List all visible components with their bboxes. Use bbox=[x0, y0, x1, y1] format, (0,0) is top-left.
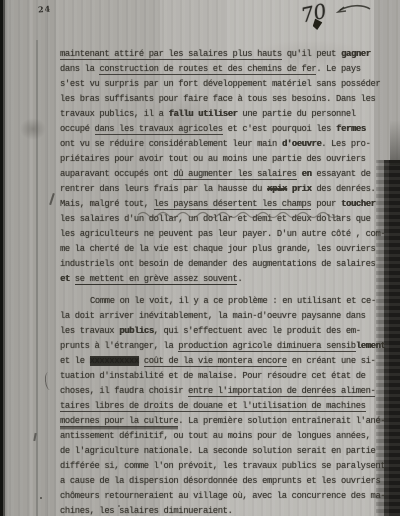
text-line: tuation d'instabilité et de malaise. Pou… bbox=[60, 369, 394, 384]
text-line: dans la construction de routes et des ch… bbox=[60, 62, 394, 77]
text-run: . Le pays bbox=[316, 64, 360, 74]
text-run: prunts à l'étranger, la bbox=[60, 341, 178, 351]
text-run: de l'agriculture nationale. La seconde s… bbox=[60, 446, 375, 456]
text-run: qu'il peut bbox=[282, 49, 341, 59]
text-run: les travaux bbox=[60, 326, 119, 336]
text-run: la doit arriver inévitablement, la main-… bbox=[60, 311, 366, 321]
paper-crease bbox=[47, 0, 48, 516]
text-run: taires libres de droits de douane et l'u… bbox=[60, 401, 366, 412]
text-run: les paysans désertent les champs bbox=[154, 199, 312, 210]
text-run: prix bbox=[292, 184, 312, 194]
text-line: s'est vu surpris par un fort développeme… bbox=[60, 77, 394, 92]
text-line: chômeurs retourneraient au village où, a… bbox=[60, 489, 394, 504]
text-run: industriels ont besoin de demander des a… bbox=[60, 259, 375, 269]
text-run: priétaires pour avoir tout ou au moins u… bbox=[60, 154, 366, 164]
text-run: coût de la vie montera encore bbox=[144, 356, 287, 367]
corner-annotation: 24 bbox=[38, 4, 52, 15]
text-run: Comme on le voit, il y a ce problème : e… bbox=[90, 296, 376, 306]
text-run: fermes bbox=[336, 124, 366, 134]
text-run: gagner bbox=[341, 49, 371, 59]
pencil-wavy-underline bbox=[138, 210, 338, 219]
text-line: les travaux publics, qui s'effectuent av… bbox=[60, 324, 394, 339]
paragraph: maintenant attiré par les salaires plus … bbox=[60, 47, 394, 287]
paper-stain bbox=[20, 118, 46, 140]
typewritten-text: maintenant attiré par les salaires plus … bbox=[60, 47, 394, 516]
text-run: dans la bbox=[60, 64, 99, 74]
text-line: et le xxxxxxxxxx coût de la vie montera … bbox=[60, 354, 394, 369]
text-line: de l'agriculture nationale. La seconde s… bbox=[60, 444, 394, 459]
text-line: et se mettent en grève assez souvent. bbox=[60, 272, 394, 287]
text-run: publics bbox=[119, 326, 154, 336]
text-run: pour bbox=[311, 199, 341, 209]
text-run: . bbox=[237, 274, 242, 284]
text-run: toucher bbox=[341, 199, 376, 209]
text-run: et le bbox=[60, 356, 90, 366]
text-run: antissement définitif, ou tout au moins … bbox=[60, 431, 371, 441]
text-run: me la cherté de la vie est chaque jour p… bbox=[60, 244, 375, 254]
text-run: se mettent en grève assez souvent bbox=[75, 274, 238, 285]
pencil-mark bbox=[40, 497, 42, 499]
text-run: entre l'importation de denrées alimen- bbox=[188, 386, 375, 397]
text-run: une partie du personnel bbox=[237, 109, 355, 119]
scanned-document-page: 24 70 maintenant attiré par les salaires… bbox=[0, 0, 400, 516]
text-run: dû augmenter les salaires bbox=[173, 169, 296, 180]
text-run: xpix bbox=[267, 184, 287, 194]
text-run: travaux publics, il a bbox=[60, 109, 168, 119]
text-line: différée si, comme l'on prévoit, les tra… bbox=[60, 459, 394, 474]
scan-edge-left bbox=[0, 0, 8, 516]
text-run: . Les pro- bbox=[321, 139, 370, 149]
text-run: choses, il faudra choisir bbox=[60, 386, 188, 396]
text-line: taires libres de droits de douane et l'u… bbox=[60, 399, 394, 414]
text-line: travaux publics, il a fallu utiliser une… bbox=[60, 107, 394, 122]
text-run: ont vu se réduire considérablement leur … bbox=[60, 139, 282, 149]
text-run: les agriculteurs ne peuvent pas leur pay… bbox=[60, 229, 385, 239]
text-run: rentrer dans leurs frais par la hausse d… bbox=[60, 184, 267, 194]
text-line: occupé dans les travaux agricoles et c'e… bbox=[60, 122, 394, 137]
text-run: modernes pour la culture bbox=[60, 416, 178, 427]
text-line: rentrer dans leurs frais par la hausse d… bbox=[60, 182, 394, 197]
text-run: en bbox=[302, 169, 312, 179]
text-line: antissement définitif, ou tout au moins … bbox=[60, 429, 394, 444]
text-run: construction de routes et des chemins de… bbox=[99, 64, 316, 75]
text-run: s'est vu surpris par un fort développeme… bbox=[60, 79, 380, 89]
text-line: ont vu se réduire considérablement leur … bbox=[60, 137, 394, 152]
paragraph: Comme on le voit, il y a ce problème : e… bbox=[60, 294, 394, 516]
text-run: occupé bbox=[60, 124, 95, 134]
paper-crease bbox=[36, 40, 38, 516]
pencil-mark bbox=[49, 193, 54, 205]
text-run: a cause de la dispersion désordonnée des… bbox=[60, 476, 380, 486]
text-run: essayant de bbox=[311, 169, 370, 179]
text-run: fallu utiliser bbox=[168, 109, 237, 119]
text-line: choses, il faudra choisir entre l'import… bbox=[60, 384, 394, 399]
text-line: les agriculteurs ne peuvent pas leur pay… bbox=[60, 227, 394, 242]
text-run: , qui s'effectuent avec le produit des e… bbox=[154, 326, 361, 336]
text-run: maintenant attiré par les salaires plus … bbox=[60, 49, 282, 60]
text-run: et bbox=[60, 274, 75, 284]
text-run: et c'est pourquoi les bbox=[223, 124, 336, 134]
text-run: production agricole diminuera sensib bbox=[178, 341, 355, 352]
pen-flourish-mark bbox=[330, 1, 372, 21]
text-line: a cause de la dispersion désordonnée des… bbox=[60, 474, 394, 489]
text-line: priétaires pour avoir tout ou au moins u… bbox=[60, 152, 394, 167]
text-run: différée si, comme l'on prévoit, les tra… bbox=[60, 461, 385, 471]
text-run: Mais, malgré tout, bbox=[60, 199, 154, 209]
text-run: . La première solution entraînerait l'an… bbox=[178, 416, 385, 426]
text-line: Comme on le voit, il y a ce problème : e… bbox=[60, 294, 394, 309]
pencil-mark bbox=[44, 372, 53, 391]
text-run: lement bbox=[356, 341, 386, 351]
text-line: auparavant occupés ont dû augmenter les … bbox=[60, 167, 394, 182]
text-line: me la cherté de la vie est chaque jour p… bbox=[60, 242, 394, 257]
text-run: auparavant occupés ont bbox=[60, 169, 173, 179]
text-line: les bras suffisants pour faire face à to… bbox=[60, 92, 394, 107]
text-line: chines, les salaires diminueraient. bbox=[60, 504, 394, 516]
text-run: les bras suffisants pour faire face à to… bbox=[60, 94, 375, 104]
text-line: la doit arriver inévitablement, la main-… bbox=[60, 309, 394, 324]
text-run: chômeurs retourneraient au village où, a… bbox=[60, 491, 385, 501]
text-line: prunts à l'étranger, la production agric… bbox=[60, 339, 394, 354]
text-run: des denrées. bbox=[311, 184, 375, 194]
text-run: tuation d'instabilité et de malaise. Pou… bbox=[60, 371, 366, 381]
text-run: dans les travaux agricoles bbox=[95, 124, 223, 135]
text-run: xxxxxxxxxx bbox=[90, 356, 139, 366]
text-run: en créant une si- bbox=[287, 356, 376, 366]
text-run: chines, les salaires diminueraient. bbox=[60, 506, 233, 516]
text-run: d'oeuvre bbox=[282, 139, 321, 149]
text-line: industriels ont besoin de demander des a… bbox=[60, 257, 394, 272]
text-line: modernes pour la culture. La première so… bbox=[60, 414, 394, 429]
text-line: maintenant attiré par les salaires plus … bbox=[60, 47, 394, 62]
